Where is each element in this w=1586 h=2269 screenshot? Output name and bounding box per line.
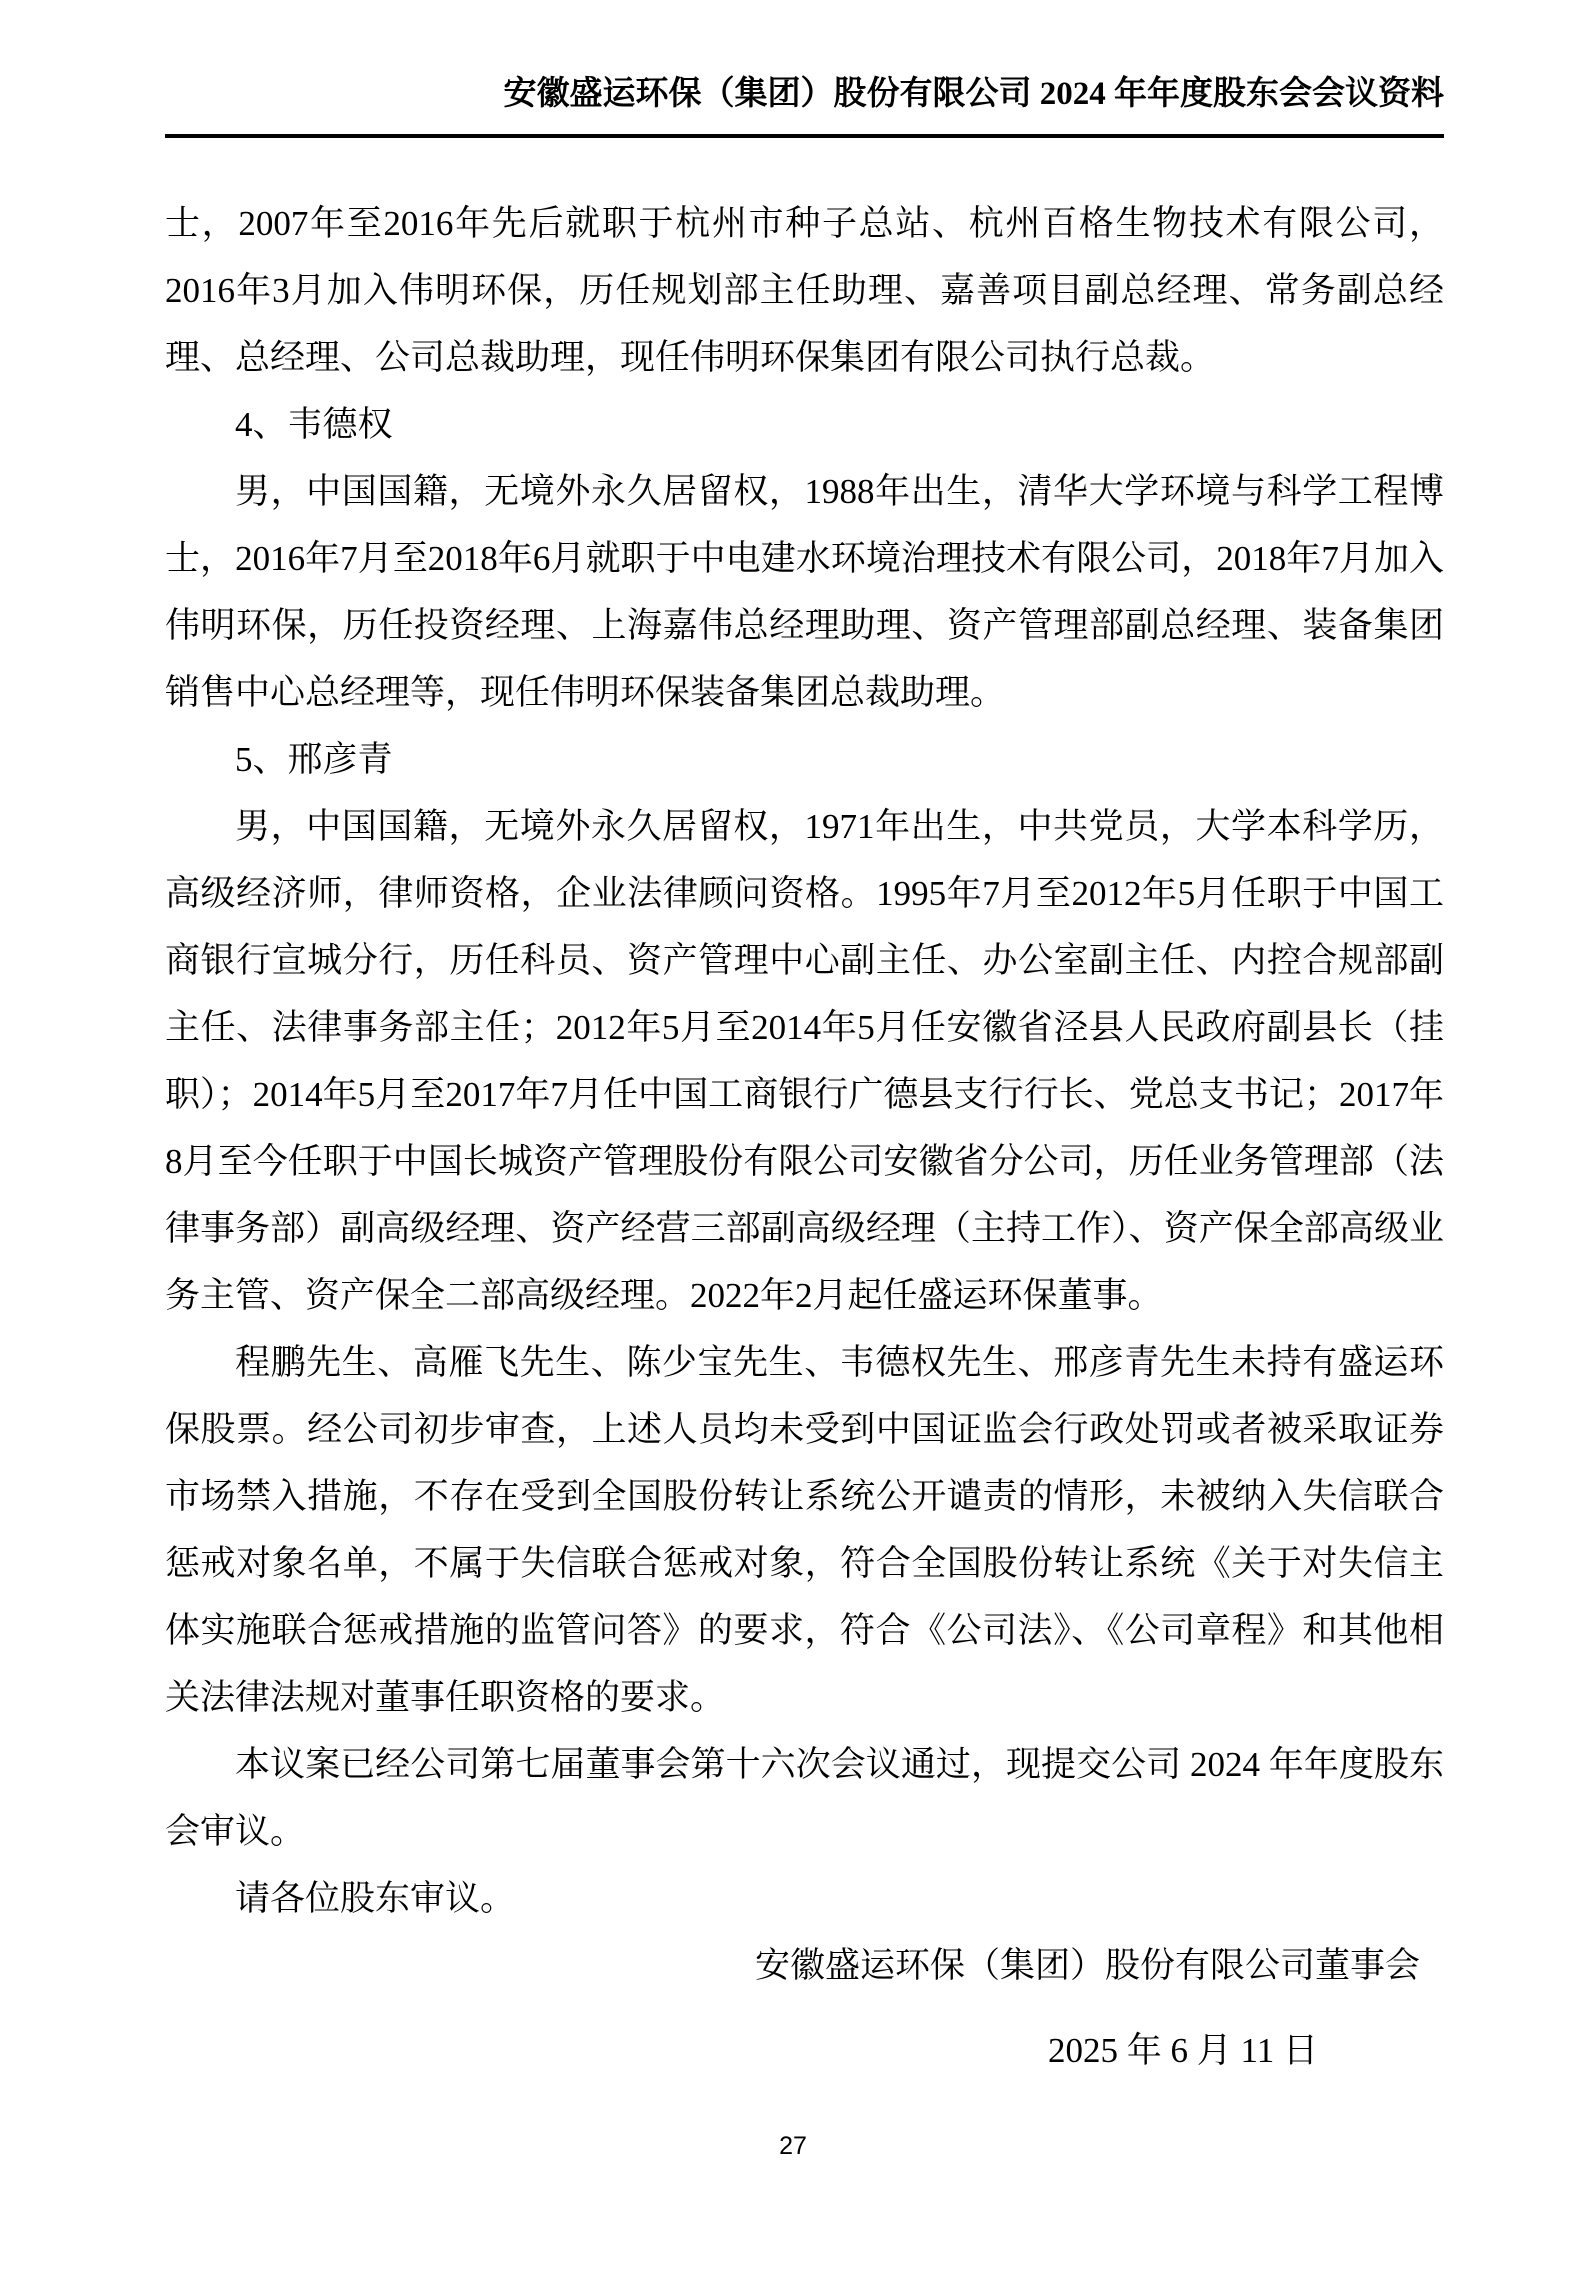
document-page: 安徽盛运环保（集团）股份有限公司 2024 年年度股东会会议资料 士，2007年…: [0, 0, 1586, 2269]
paragraph-bio-wei-dequan: 男，中国国籍，无境外永久居留权，1988年出生，清华大学环境与科学工程博士，20…: [165, 458, 1444, 726]
paragraph-review-request: 请各位股东审议。: [165, 1865, 1444, 1932]
paragraph-bio-continuation: 士，2007年至2016年先后就职于杭州市种子总站、杭州百格生物技术有限公司，2…: [165, 190, 1444, 391]
paragraph-qualification-statement: 程鹏先生、高雁飞先生、陈少宝先生、韦德权先生、邢彦青先生未持有盛运环保股票。经公…: [165, 1329, 1444, 1731]
paragraph-bio-xing-yanqing: 男，中国国籍，无境外永久居留权，1971年出生，中共党员，大学本科学历，高级经济…: [165, 793, 1444, 1329]
date-line: 2025 年 6 月 11 日: [165, 2017, 1444, 2084]
document-header: 安徽盛运环保（集团）股份有限公司 2024 年年度股东会会议资料: [165, 0, 1444, 138]
document-body: 士，2007年至2016年先后就职于杭州市种子总站、杭州百格生物技术有限公司，2…: [165, 138, 1444, 2084]
list-item-heading-5: 5、邢彦青: [165, 726, 1444, 793]
signature-line: 安徽盛运环保（集团）股份有限公司董事会: [165, 1932, 1444, 1999]
header-title: 安徽盛运环保（集团）股份有限公司 2024 年年度股东会会议资料: [504, 76, 1445, 112]
page-footer: 27: [0, 2132, 1586, 2161]
list-item-heading-4: 4、韦德权: [165, 391, 1444, 458]
page-number: 27: [779, 2132, 807, 2160]
paragraph-submission-statement: 本议案已经公司第七届董事会第十六次会议通过，现提交公司 2024 年年度股东会审…: [165, 1731, 1444, 1865]
